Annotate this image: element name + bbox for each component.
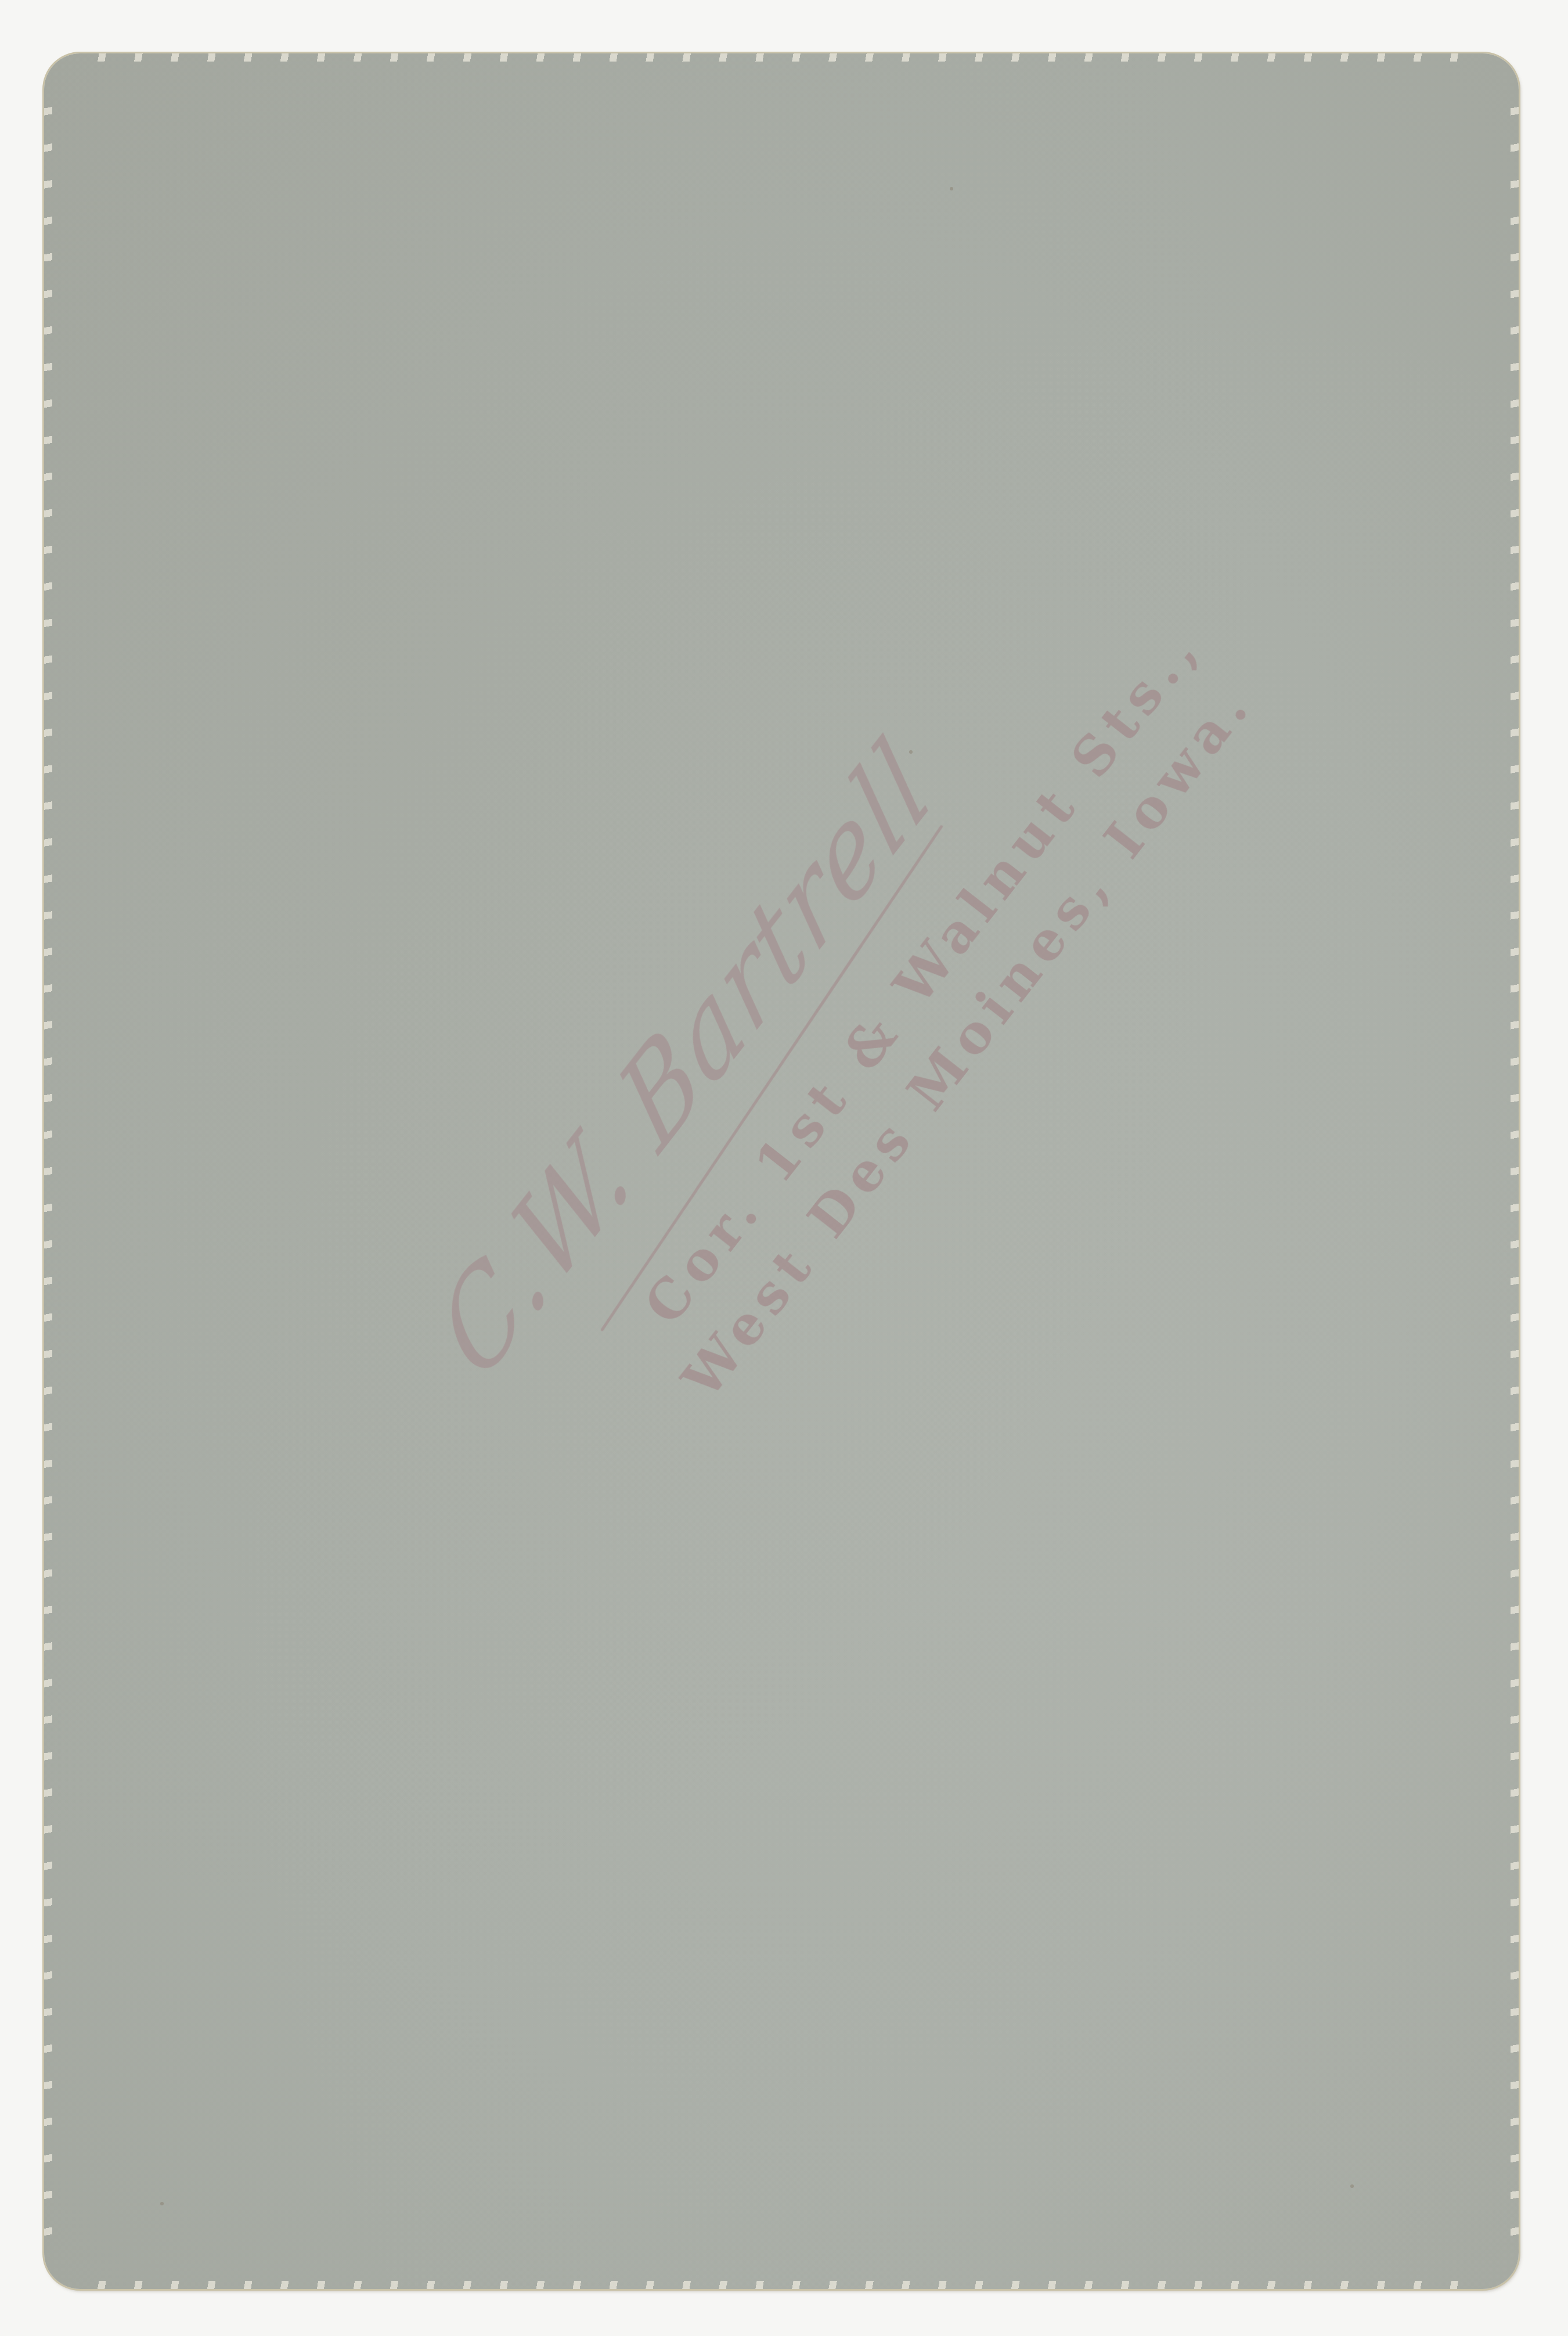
paper-speck <box>950 187 953 190</box>
serrated-edge-left <box>44 88 52 2254</box>
paper-speck <box>909 750 913 754</box>
cabinet-card-back: C.W. Bartrell Cor. 1st & Walnut Sts., We… <box>44 53 1519 2289</box>
serrated-edge-bottom <box>79 2281 1484 2289</box>
photographer-imprint: C.W. Bartrell Cor. 1st & Walnut Sts., We… <box>406 763 1110 1527</box>
serrated-edge-right <box>1511 88 1519 2254</box>
paper-speck <box>1350 2184 1354 2188</box>
paper-speck <box>160 2202 164 2205</box>
serrated-edge-top <box>79 53 1484 62</box>
